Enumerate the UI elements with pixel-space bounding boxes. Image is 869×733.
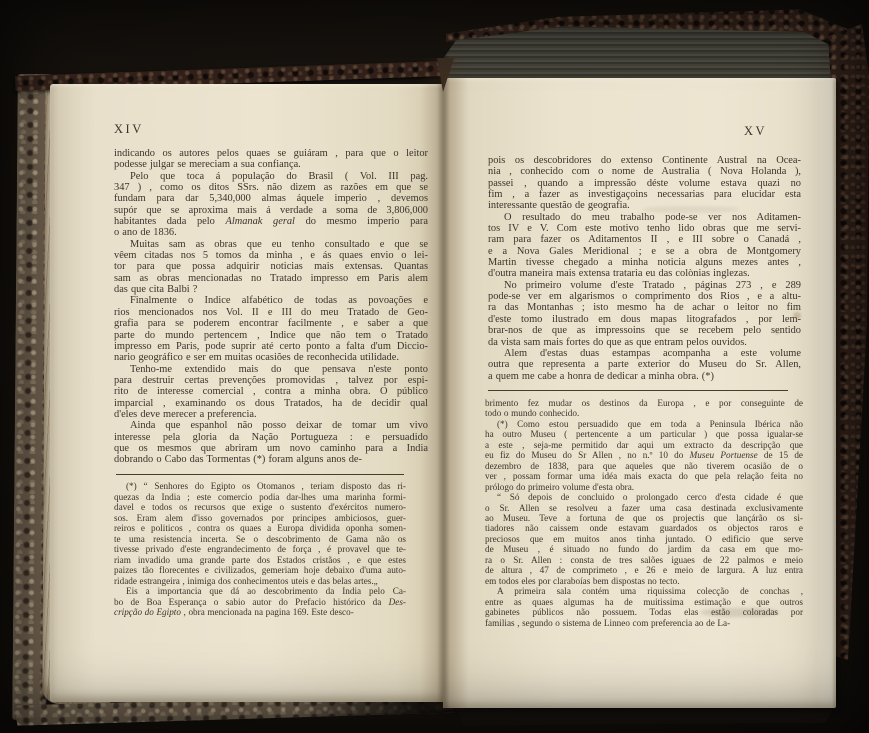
text-segment: rios mencionados nos Vol. II e III do me…: [114, 307, 428, 318]
text-line: o Sr. Allen se resolveu a fazer uma casa…: [485, 503, 803, 513]
text-line: Martin tivesse chegado a minha noticia a…: [488, 257, 801, 268]
text-line: preciosos que em muitos anos tinha junta…: [485, 534, 803, 544]
text-line: dezembro de 1838, para que aqueles que n…: [485, 461, 803, 471]
text-segment: Martin tivesse chegado a minha noticia a…: [488, 257, 801, 268]
paragraph: indicando os autores pelos quaes se guiá…: [114, 148, 428, 171]
text-line: tos IV e V. Com este motivo tenho lido o…: [488, 223, 801, 234]
text-segment: “ Só depois de concluido o prolongado ce…: [497, 492, 803, 502]
text-segment: tos IV e V. Com este motivo tenho lido o…: [488, 223, 801, 234]
text-segment: de 15 de: [758, 450, 803, 460]
text-segment: eu fiz do Museu do Sr Allen , no n.º 10 …: [485, 450, 690, 460]
gutter-shadow: [420, 58, 468, 710]
text-line: d'eles deve merecer a preferencia.: [114, 409, 428, 420]
paragraph: brimento fez mudar os destinos da Europa…: [485, 398, 803, 419]
text-segment: davel e todos os recursos que exige o su…: [114, 502, 406, 512]
text-line: brimento fez mudar os destinos da Europa…: [485, 398, 803, 408]
text-line: fundam para dar 5,340,000 almas áquele i…: [114, 193, 428, 204]
footnote-rule-right: [488, 390, 788, 391]
text-line: grafia para se poderem encontrar facilme…: [114, 318, 428, 329]
italic-text: Des-: [389, 597, 406, 607]
text-line: No primeiro volume d'este Tratado , pági…: [488, 280, 801, 291]
book-scan-photo: XIV indicando os autores pelos quaes se …: [0, 0, 869, 733]
text-line: a quem me cabe a honra de dedicar a minh…: [488, 371, 801, 382]
text-segment: quezas da India ; este comercio podia da…: [114, 492, 406, 502]
body-text-right: pois os descobridores do extenso Contine…: [488, 155, 801, 382]
text-line: (*) “ Senhores do Egipto os Otomanos , t…: [114, 481, 406, 492]
paragraph: A primeira sala contém uma riquissima co…: [485, 586, 803, 628]
text-line: da vista sam mais fortes do que as que e…: [488, 337, 801, 348]
footnote-rule-left: [116, 474, 404, 475]
text-line: imparcial , examinando os dous Tratados,…: [114, 398, 428, 409]
text-segment: preciosos que em muitos anos tinha junta…: [485, 534, 803, 544]
text-line: tor para que possa adquirir noticias mai…: [114, 261, 428, 272]
text-line: Pelo que toca á população do Brasil ( Vo…: [114, 171, 428, 182]
text-segment: a este , seja-me permitido dar aqui um e…: [485, 440, 803, 450]
text-line: ra o Sr. Allen : consta de tres salões i…: [485, 555, 803, 565]
text-segment: dobrando o Cabo das Tormentas (*) foram …: [114, 454, 362, 465]
paragraph: (*) “ Senhores do Egipto os Otomanos , t…: [114, 481, 406, 586]
paragraph: pois os descobridores do extenso Contine…: [488, 155, 801, 212]
text-line: Muitas sam as obras que eu tenho consult…: [114, 239, 428, 250]
text-line: riam invadido uma grande parte dos Estad…: [114, 555, 406, 566]
text-segment: o Sr. Allen se resolveu a fazer uma casa…: [485, 503, 803, 513]
text-segment: entre as quaes algumas ha de muitissima …: [485, 597, 803, 607]
text-line: cripção do Egipto , obra mencionada na p…: [114, 607, 406, 618]
text-segment: familias , segundo o sistema de Linneo c…: [485, 618, 730, 628]
text-line: fim , a fazer as investigaçoins necessar…: [488, 189, 801, 200]
text-segment: brar-nos de que as impressoins que se re…: [488, 325, 801, 336]
text-segment: de Museu , é situado no fundo do jardim …: [485, 544, 803, 554]
text-segment: Muitas sam as obras que eu tenho consult…: [130, 239, 428, 250]
text-segment: (*) Como estou persuadido que em toda a …: [497, 419, 803, 429]
text-line: ram para fazer os Aditamentos II , e III…: [488, 234, 801, 245]
text-line: todo o mundo conhecido.: [485, 408, 803, 418]
paragraph: “ Só depois de concluido o prolongado ce…: [485, 492, 803, 586]
text-segment: , obra mencionada na pagina 169. Este de…: [181, 607, 354, 617]
text-segment: fundam para dar 5,340,000 almas áquele i…: [114, 193, 428, 204]
paragraph: Eis a importancia que dá ao descobriment…: [114, 586, 406, 618]
page-number-left: XIV: [114, 122, 144, 137]
text-line: 347 ) , como os ditos SSrs. não dizem as…: [114, 182, 428, 193]
text-segment: das que cita Balbi ?: [114, 284, 197, 295]
text-line: d'este tomo ilustrado em dous mapas lito…: [488, 314, 801, 325]
text-segment: sam as obras mencionadas no Tratado impr…: [114, 273, 428, 284]
text-segment: (*) “ Senhores do Egipto os Otomanos , t…: [126, 481, 406, 491]
text-line: d'outra maneira mais extensa trataria eu…: [488, 268, 801, 279]
text-line: davel e todos os recursos que exige o su…: [114, 502, 406, 513]
text-line: ha outro Museu ( pertencente a um partic…: [485, 429, 803, 439]
text-line: “ Só depois de concluido o prolongado ce…: [485, 492, 803, 502]
text-line: a este , seja-me permitido dar aqui um e…: [485, 440, 803, 450]
text-segment: pode-se ver em algarismos o comprimento …: [488, 291, 801, 302]
text-segment: nario geográfico e ser em muitas ocasiõe…: [114, 352, 399, 363]
text-line: e a Nova Gales Meridional ; e se a obra …: [488, 246, 801, 257]
text-line: O resultado do meu trabalho pode-se ver …: [488, 212, 801, 223]
ink-ghost-smudge: [643, 206, 739, 213]
text-line: Finalmente o Indice alfabético de todas …: [114, 295, 428, 306]
text-segment: d'eles deve merecer a preferencia.: [114, 409, 257, 420]
text-segment: tiadores não caissem onde estavam guarda…: [485, 523, 803, 533]
text-segment: prólogo do primeiro volume d'esta obra.: [485, 482, 634, 492]
paragraph: No primeiro volume d'este Tratado , pági…: [488, 280, 801, 348]
text-segment: parte do mundo pertencem , Indice que nã…: [114, 330, 428, 341]
text-segment: em todos eles por claraboías bem dispost…: [485, 576, 680, 586]
text-segment: impresso em Paris, pode suprir até certo…: [114, 341, 428, 352]
text-segment: Eis a importancia que dá ao descobriment…: [126, 586, 406, 596]
foxing-spot: [775, 330, 780, 335]
text-line: pois os descobridores do extenso Contine…: [488, 155, 801, 166]
ink-ghost-smudge: [701, 608, 779, 617]
text-line: impresso em Paris, pode suprir até certo…: [114, 341, 428, 352]
body-text-left: indicando os autores pelos quaes se guiá…: [114, 148, 428, 466]
text-segment: Alem d'estas duas estampas acompanha a e…: [504, 348, 801, 359]
text-line: prólogo do primeiro volume d'esta obra.: [485, 482, 803, 492]
text-line: (*) Como estou persuadido que em toda a …: [485, 419, 803, 429]
text-segment: paizes tão florecentes e civilizados, ge…: [114, 565, 406, 575]
text-segment: d'outra maneira mais extensa trataria eu…: [488, 268, 750, 279]
text-line: tivesse privado d'este engrandecimento d…: [114, 544, 406, 555]
text-line: nario geográfico e ser em muitas ocasiõe…: [114, 352, 428, 363]
text-segment: nia , conhecido com o nome de Australia …: [488, 166, 801, 177]
text-line: familias , segundo o sistema de Linneo c…: [485, 618, 803, 628]
text-segment: A primeira sala contém uma riquissima co…: [497, 586, 803, 596]
paragraph: Alem d'estas duas estampas acompanha a e…: [488, 348, 801, 382]
text-segment: o ano de 1836.: [114, 227, 177, 238]
text-segment: riam invadido uma grande parte dos Estad…: [114, 555, 406, 565]
text-line: indicando os autores pelos quaes se guiá…: [114, 148, 428, 159]
text-line: supór que se aproxima mais á verdade a s…: [114, 205, 428, 216]
text-segment: sos. Eram alem d'isso governados por pri…: [114, 513, 406, 523]
text-segment: Finalmente o Indice alfabético de todas …: [130, 295, 428, 306]
text-segment: ver , possam formar uma idéa mais exacta…: [485, 471, 803, 481]
text-segment: tivesse privado d'este engrandecimento d…: [114, 544, 406, 554]
text-segment: ao Museu. Teve a fortuna de que os proje…: [485, 513, 803, 523]
text-segment: te uma resistencia incerta. Se o descobr…: [114, 534, 406, 544]
text-line: eu fiz do Museu do Sr Allen , no n.º 10 …: [485, 450, 803, 460]
text-line: paizes tão florecentes e civilizados, ge…: [114, 565, 406, 576]
text-segment: Ainda que espanhol não posso deixar de t…: [130, 420, 428, 431]
text-line: para destruir certas prevenções promovid…: [114, 375, 428, 386]
text-segment: bo de Boa Esperança o sabio autor do Pre…: [114, 597, 389, 607]
page-number-right: XV: [488, 124, 801, 139]
text-segment: do mesmo imperio para: [295, 216, 428, 227]
italic-text: Museu Portuense: [690, 450, 758, 460]
paragraph: Ainda que espanhol não posso deixar de t…: [114, 420, 428, 465]
text-line: que os mesmos que abriram um novo caminh…: [114, 443, 428, 454]
text-line: ra das Montanhas ; isto mesmo ha de acha…: [488, 302, 801, 313]
text-segment: e a Nova Gales Meridional ; e se a obra …: [488, 246, 801, 257]
text-line: A primeira sala contém uma riquissima co…: [485, 586, 803, 596]
text-line: ao Museu. Teve a fortuna de que os proje…: [485, 513, 803, 523]
text-segment: indicando os autores pelos quaes se guiá…: [114, 148, 428, 159]
foxing-spot: [793, 312, 801, 319]
text-segment: No primeiro volume d'este Tratado , pági…: [504, 280, 801, 291]
text-segment: imparcial , examinando os dous Tratados,…: [114, 398, 428, 409]
text-segment: grafia para se poderem encontrar facilme…: [114, 318, 428, 329]
text-segment: todo o mundo conhecido.: [485, 408, 579, 418]
text-line: entre as quaes algumas ha de muitissima …: [485, 597, 803, 607]
text-line: outra que representa a parte exterior do…: [488, 359, 801, 370]
text-segment: supór que se aproxima mais á verdade a s…: [114, 205, 428, 216]
text-line: ver , possam formar uma idéa mais exacta…: [485, 471, 803, 481]
paragraph: Finalmente o Indice alfabético de todas …: [114, 295, 428, 363]
text-line: interesse pela gloria da Nação Portuguez…: [114, 432, 428, 443]
text-segment: ridade estrangeira , inimiga dos conheci…: [114, 576, 378, 586]
text-line: parte do mundo pertencem , Indice que nã…: [114, 330, 428, 341]
text-line: sos. Eram alem d'isso governados por pri…: [114, 513, 406, 524]
text-line: de altura , 47 de comprimeto , e 26 e me…: [485, 565, 803, 575]
text-line: sam as obras mencionadas no Tratado impr…: [114, 273, 428, 284]
text-line: vêem citadas nos 5 tomos da minha , e ás…: [114, 250, 428, 261]
footnote-text-left: (*) “ Senhores do Egipto os Otomanos , t…: [114, 481, 406, 618]
text-segment: ra o Sr. Allen : consta de tres salões i…: [485, 555, 803, 565]
text-segment: brimento fez mudar os destinos da Europa…: [485, 398, 803, 408]
text-line: Eis a importancia que dá ao descobriment…: [114, 586, 406, 597]
text-segment: rito de interesse comercial , contra a m…: [114, 386, 428, 397]
paragraph: Tenho-me extendido mais do que pensava n…: [114, 364, 428, 421]
text-segment: habitantes dada pelo: [114, 216, 225, 227]
text-segment: d'este tomo ilustrado em dous mapas lito…: [488, 314, 801, 325]
text-line: reiros e politicos , contra os quaes a E…: [114, 523, 406, 534]
page-left: XIV indicando os autores pelos quaes se …: [50, 84, 443, 702]
text-segment: da vista sam mais fortes do que as que e…: [488, 337, 747, 348]
text-segment: ram para fazer os Aditamentos II , e III…: [488, 234, 801, 245]
text-segment: ra das Montanhas ; isto mesmo ha de acha…: [488, 302, 801, 313]
paragraph: O resultado do meu trabalho pode-se ver …: [488, 212, 801, 280]
text-segment: reiros e politicos , contra os quaes a E…: [114, 523, 406, 533]
text-line: dobrando o Cabo das Tormentas (*) foram …: [114, 454, 428, 465]
paragraph: (*) Como estou persuadido que em toda a …: [485, 419, 803, 492]
text-line: de Museu , é situado no fundo do jardim …: [485, 544, 803, 554]
text-line: Alem d'estas duas estampas acompanha a e…: [488, 348, 801, 359]
text-segment: O resultado do meu trabalho pode-se ver …: [504, 212, 801, 223]
text-line: nia , conhecido com o nome de Australia …: [488, 166, 801, 177]
footnote-text-right: brimento fez mudar os destinos da Europa…: [485, 398, 803, 628]
text-segment: podesse julgar se mereciam a sua confian…: [114, 159, 301, 170]
text-segment: 347 ) , como os ditos SSrs. não dizem as…: [114, 182, 428, 193]
text-line: podesse julgar se mereciam a sua confian…: [114, 159, 428, 170]
text-line: tiadores não caissem onde estavam guarda…: [485, 523, 803, 533]
text-line: Ainda que espanhol não posso deixar de t…: [114, 420, 428, 431]
text-segment: tor para que possa adquirir noticias mai…: [114, 261, 428, 272]
text-segment: outra que representa a parte exterior do…: [488, 359, 801, 370]
text-line: rito de interesse comercial , contra a m…: [114, 386, 428, 397]
text-segment: ha outro Museu ( pertencente a um partic…: [485, 429, 803, 439]
text-line: quezas da India ; este comercio podia da…: [114, 492, 406, 503]
text-line: passei , quando a impressão déste volume…: [488, 178, 801, 189]
text-segment: de altura , 47 de comprimeto , e 26 e me…: [485, 565, 803, 575]
italic-text: cripção do Egipto: [114, 607, 181, 617]
paragraph: Pelo que toca á população do Brasil ( Vo…: [114, 171, 428, 239]
text-line: o ano de 1836.: [114, 227, 428, 238]
text-segment: interessante questão de geografia.: [488, 200, 630, 211]
text-line: te uma resistencia incerta. Se o descobr…: [114, 534, 406, 545]
text-segment: fim , a fazer as investigaçoins necessar…: [488, 189, 801, 200]
italic-text: Almanak geral: [225, 216, 294, 227]
text-line: das que cita Balbi ?: [114, 284, 428, 295]
text-line: rios mencionados nos Vol. II e III do me…: [114, 307, 428, 318]
text-segment: passei , quando a impressão déste volume…: [488, 178, 801, 189]
text-segment: Tenho-me extendido mais do que pensava n…: [130, 364, 428, 375]
text-segment: a quem me cabe a honra de dedicar a minh…: [488, 371, 714, 382]
text-segment: Pelo que toca á população do Brasil ( Vo…: [130, 171, 428, 182]
text-line: Tenho-me extendido mais do que pensava n…: [114, 364, 428, 375]
text-line: bo de Boa Esperança o sabio autor do Pre…: [114, 597, 406, 608]
text-segment: pois os descobridores do extenso Contine…: [488, 155, 801, 166]
page-right: XV pois os descobridores do extenso Cont…: [443, 78, 836, 708]
text-line: brar-nos de que as impressoins que se re…: [488, 325, 801, 336]
text-segment: para destruir certas prevenções promovid…: [114, 375, 428, 386]
text-segment: interesse pela gloria da Nação Portuguez…: [114, 432, 428, 443]
text-segment: vêem citadas nos 5 tomos da minha , e ás…: [114, 250, 428, 261]
text-segment: dezembro de 1838, para que aqueles que n…: [485, 461, 803, 471]
text-segment: que os mesmos que abriram um novo caminh…: [114, 443, 428, 454]
text-line: habitantes dada pelo Almanak geral do me…: [114, 216, 428, 227]
text-line: pode-se ver em algarismos o comprimento …: [488, 291, 801, 302]
paragraph: Muitas sam as obras que eu tenho consult…: [114, 239, 428, 296]
text-line: em todos eles por claraboías bem dispost…: [485, 576, 803, 586]
text-line: ridade estrangeira , inimiga dos conheci…: [114, 576, 406, 587]
